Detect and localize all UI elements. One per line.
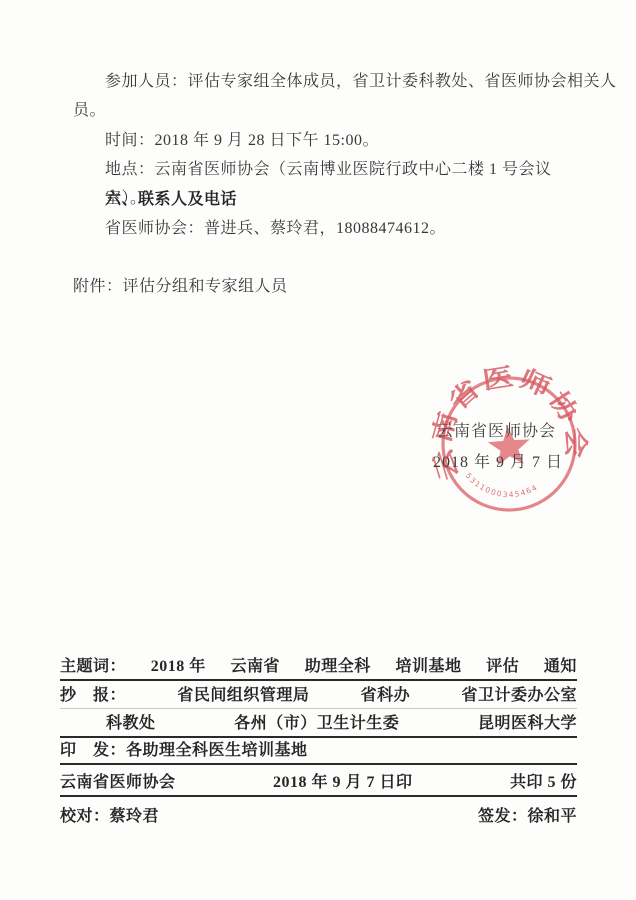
subject-term: 培训基地 [395,653,461,676]
cc-recipient: 科教处 [106,710,156,733]
subject-term: 助理全科 [305,653,371,676]
cc-recipient: 昆明医科大学 [478,710,577,733]
subject-label: 主题词： [60,653,126,676]
contact-phone-line: 省医师协会：普进兵、蔡玲君，18088474612。 [105,214,579,243]
official-red-seal: 云南省医师协会 5311000345464 [421,356,596,531]
subject-term: 云南省 [230,653,280,676]
cc-row-2: 科教处 各州（市）卫生计生委 昆明医科大学 [60,709,577,738]
cc-recipient: 省科办 [361,682,411,705]
cc-recipient: 省民间组织管理局 [177,682,309,705]
issue-label: 印 发： [60,737,126,760]
proofread-sign-row: 校对：蔡玲君 签发：徐和平 [60,797,577,829]
issuer-name: 云南省医师协会 [60,769,176,792]
print-date: 2018 年 9 月 7 日印 [273,769,413,792]
cc-label: 抄 报： [60,682,126,705]
cc-recipient: 省卫计委办公室 [461,682,577,705]
participants-paragraph-line1: 参加人员：评估专家组全体成员，省卫计委科教处、省医师协会相关人 [73,67,579,96]
print-info-row: 云南省医师协会 2018 年 9 月 7 日印 共印 5 份 [60,765,577,797]
signature-organization: 云南省医师协会 [437,418,556,441]
attachment-line: 附件：评估分组和专家组人员 [73,272,579,301]
copies-count: 共印 5 份 [510,769,577,792]
proofreader: 校对：蔡玲君 [60,803,159,826]
section-heading-contacts: 六、联系人及电话 [105,185,579,214]
meeting-time-line: 时间：2018 年 9 月 28 日下午 15:00。 [105,126,579,155]
subject-term: 通知 [544,653,577,676]
signer: 签发：徐和平 [478,803,577,826]
scanned-official-document: { "document": { "body": { "participants_… [0,0,636,900]
subject-terms-row: 主题词： 2018 年 云南省 助理全科 培训基地 评估 通知 [60,654,577,681]
subject-term: 2018 年 [151,653,206,676]
subject-term: 评估 [486,653,519,676]
participants-paragraph-line2: 员。 [73,96,579,125]
signature-date: 2018 年 9 月 7 日 [433,449,563,472]
issue-row: 印 发： 各助理全科医生培训基地 [60,738,577,765]
cc-row-1: 抄 报： 省民间组织管理局 省科办 省卫计委办公室 [60,681,577,709]
issue-recipients: 各助理全科医生培训基地 [126,737,308,760]
document-record-block: 主题词： 2018 年 云南省 助理全科 培训基地 评估 通知 抄 报： 省民间… [60,654,577,829]
cc-recipient: 各州（市）卫生计生委 [234,710,399,733]
